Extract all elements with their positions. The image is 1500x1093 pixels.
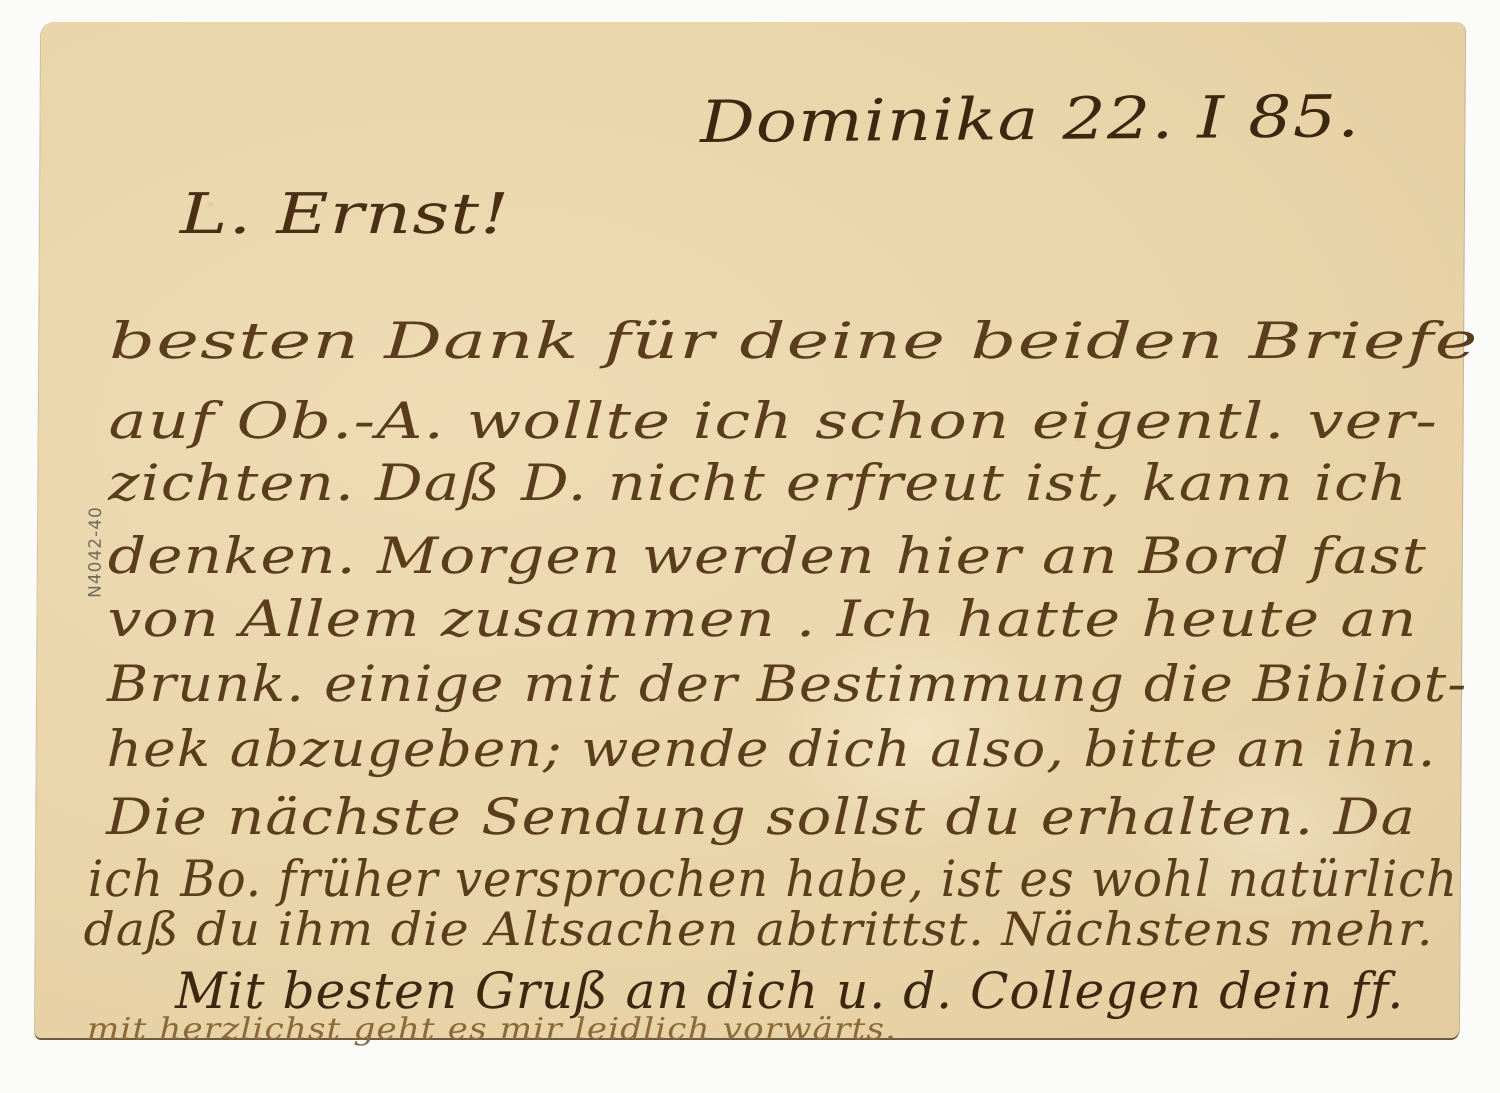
- body-line: Die nächste Sendung sollst du erhalten. …: [106, 788, 1416, 846]
- postscript-line: mit herzlichst geht es mir leidlich vorw…: [87, 1012, 897, 1047]
- body-line: daß du ihm die Altsachen abtrittst. Näch…: [83, 902, 1433, 956]
- body-line: von Allem zusammen . Ich hatte heute an: [107, 590, 1417, 648]
- body-line: hek abzugeben; wende dich also, bitte an…: [106, 720, 1436, 778]
- place-date: Dominika 22. I 85.: [700, 82, 1361, 156]
- salutation: L. Ernst!: [180, 182, 511, 247]
- pencil-archive-number: N4042-40: [85, 506, 106, 598]
- body-line: auf Ob.-A. wollte ich schon eigentl. ver…: [108, 392, 1438, 450]
- body-line: ich Bo. früher versprochen habe, ist es …: [88, 850, 1459, 908]
- body-line: zichten. Daß D. nicht erfreut ist, kann …: [108, 454, 1408, 512]
- body-line: Brunk. einige mit der Bestimmung die Bib…: [107, 655, 1468, 713]
- body-line: besten Dank für deine beiden Briefe: [109, 312, 1479, 370]
- body-line: denken. Morgen werden hier an Bord fast: [108, 527, 1428, 585]
- postcard: Dominika 22. I 85. L. Ernst! besten Dank…: [35, 22, 1465, 1038]
